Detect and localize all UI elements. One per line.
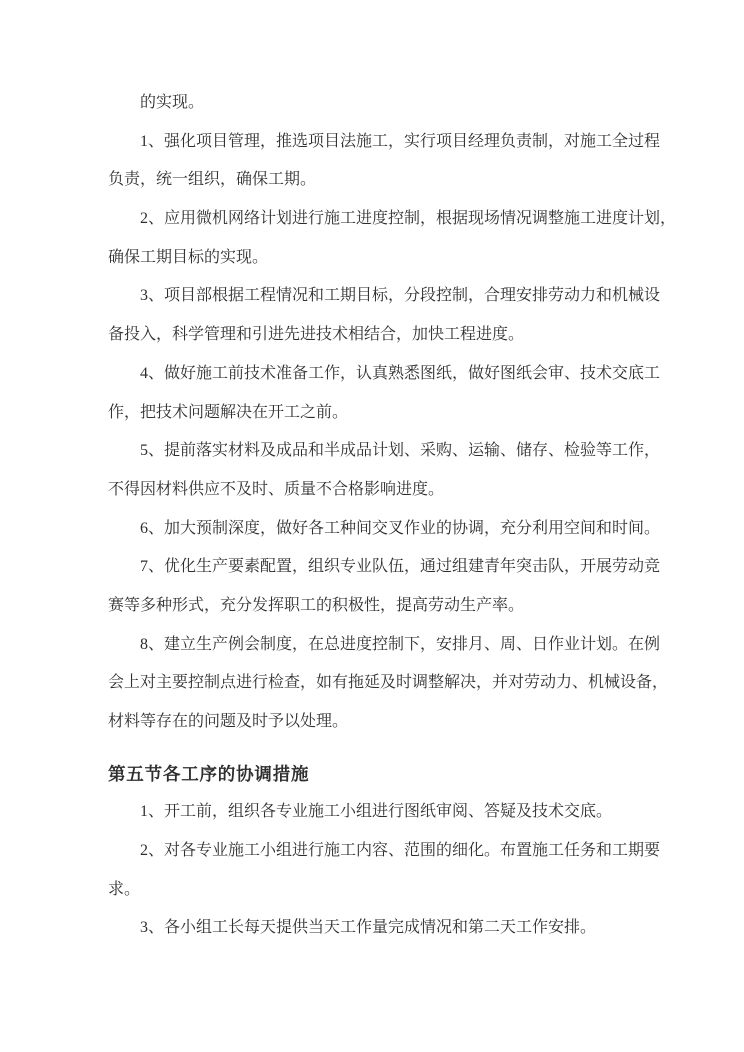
text-line: 确保工期目标的实现。 [108,239,674,278]
paragraph: 1、开工前，组织各专业施工小组进行图纸审阅、答疑及技术交底。 [108,793,674,832]
paragraph: 2、应用微机网络计划进行施工进度控制，根据现场情况调整施工进度计划，确保工期目标… [108,200,674,277]
paragraph: 1、强化项目管理，推选项目法施工，实行项目经理负责制，对施工全过程负责，统一组织… [108,123,674,200]
text-line: 3、各小组工长每天提供当天工作量完成情况和第二天工作安排。 [108,909,674,948]
paragraph: 3、项目部根据工程情况和工期目标，分段控制，合理安排劳动力和机械设备投入，科学管… [108,277,674,354]
text-line: 作，把技术问题解决在开工之前。 [108,394,674,433]
paragraph: 7、优化生产要素配置，组织专业队伍，通过组建青年突击队，开展劳动竞赛等多种形式，… [108,548,674,625]
text-line: 7、优化生产要素配置，组织专业队伍，通过组建青年突击队，开展劳动竞 [108,548,674,587]
section-heading: 第五节各工序的协调措施 [108,755,674,794]
text-line: 的实现。 [108,84,674,123]
paragraph: 3、各小组工长每天提供当天工作量完成情况和第二天工作安排。 [108,909,674,948]
text-line: 材料等存在的问题及时予以处理。 [108,703,674,742]
document-page: 的实现。1、强化项目管理，推选项目法施工，实行项目经理负责制，对施工全过程负责，… [0,0,744,1052]
paragraph: 4、做好施工前技术准备工作，认真熟悉图纸，做好图纸会审、技术交底工作，把技术问题… [108,355,674,432]
paragraph: 6、加大预制深度，做好各工种间交叉作业的协调，充分利用空间和时间。 [108,510,674,549]
text-line: 第五节各工序的协调措施 [108,755,674,794]
text-line: 求。 [108,871,674,910]
text-line: 8、建立生产例会制度，在总进度控制下，安排月、周、日作业计划。在例 [108,626,674,665]
text-line: 备投入，科学管理和引进先进技术相结合，加快工程进度。 [108,316,674,355]
paragraph: 8、建立生产例会制度，在总进度控制下，安排月、周、日作业计划。在例会上对主要控制… [108,626,674,742]
paragraph: 5、提前落实材料及成品和半成品计划、采购、运输、储存、检验等工作，不得因材料供应… [108,432,674,509]
text-line: 1、强化项目管理，推选项目法施工，实行项目经理负责制，对施工全过程 [108,123,674,162]
text-line: 赛等多种形式，充分发挥职工的积极性，提高劳动生产率。 [108,587,674,626]
text-line: 2、对各专业施工小组进行施工内容、范围的细化。布置施工任务和工期要 [108,832,674,871]
text-line: 6、加大预制深度，做好各工种间交叉作业的协调，充分利用空间和时间。 [108,510,674,549]
text-line: 不得因材料供应不及时、质量不合格影响进度。 [108,471,674,510]
text-line: 4、做好施工前技术准备工作，认真熟悉图纸，做好图纸会审、技术交底工 [108,355,674,394]
paragraph: 2、对各专业施工小组进行施工内容、范围的细化。布置施工任务和工期要求。 [108,832,674,909]
text-line: 1、开工前，组织各专业施工小组进行图纸审阅、答疑及技术交底。 [108,793,674,832]
paragraph: 的实现。 [108,84,674,123]
text-line: 负责，统一组织，确保工期。 [108,161,674,200]
text-line: 3、项目部根据工程情况和工期目标，分段控制，合理安排劳动力和机械设 [108,277,674,316]
document-content: 的实现。1、强化项目管理，推选项目法施工，实行项目经理负责制，对施工全过程负责，… [108,84,674,948]
text-line: 2、应用微机网络计划进行施工进度控制，根据现场情况调整施工进度计划， [108,200,674,239]
text-line: 会上对主要控制点进行检查，如有拖延及时调整解决，并对劳动力、机械设备， [108,664,674,703]
text-line: 5、提前落实材料及成品和半成品计划、采购、运输、储存、检验等工作， [108,432,674,471]
